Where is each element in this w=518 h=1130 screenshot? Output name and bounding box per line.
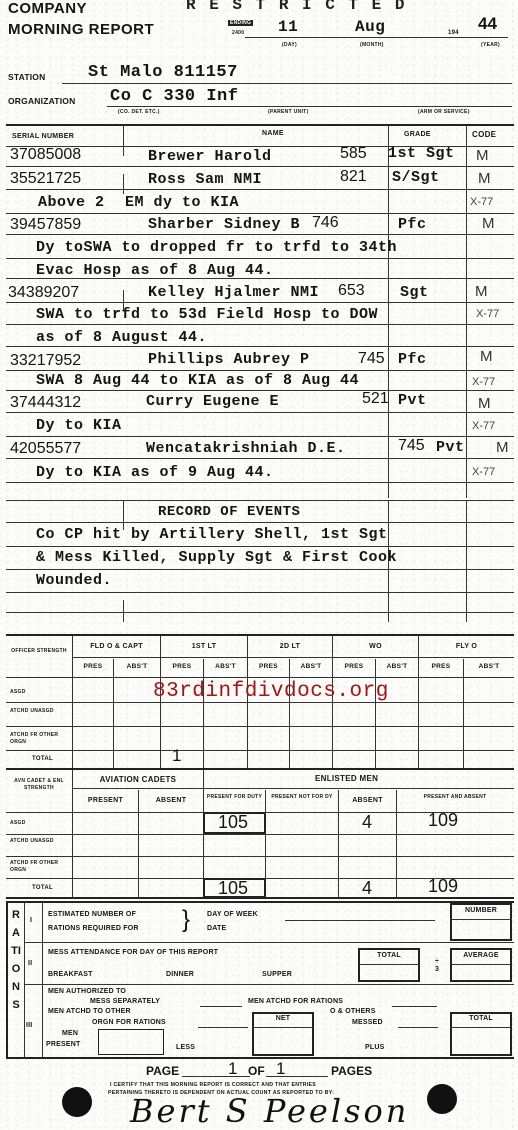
organization-value: Co C 330 Inf [110,87,238,106]
officer-row-asgd-label: ASGD [10,689,26,695]
station-value: St Malo 811157 [88,63,238,82]
report-month: Aug [355,18,385,36]
enl-col-present-not-for-duty: PRESENT NOT FOR DY [266,794,338,801]
day-caption: (DAY) [282,42,297,48]
breakfast-label: BREAKFAST [48,971,93,978]
less-label: LESS [176,1044,195,1051]
roster-row-9-name: Phillips Aubrey P [148,351,310,368]
roster-row-3-name: Sharber Sidney B [148,216,300,233]
subcol-abst: ABS'T [376,663,418,670]
roster-row-0-serial: 37085008 [10,146,81,164]
station-label: STATION [8,72,45,82]
roster-row-13-serial: 42055577 [10,440,81,458]
roster-row-6-code: M [475,283,488,300]
officer-row-atchd-unasgd-label: ATCHD UNASGD [10,708,66,715]
supper-label: SUPPER [262,971,292,978]
roster-row-11-grade: Pvt [398,392,427,409]
roster-row-6-name: Kelley Hjalmer NMI [148,284,319,301]
month-caption: (MONTH) [360,42,384,48]
roster-row-10-remark: SWA 8 Aug 44 to KIA as of 8 Aug 44 [36,372,359,389]
roster-row-6-grade: Sgt [400,284,429,301]
roster-row-0-name: Brewer Harold [148,148,272,165]
enl-row-total-label: TOTAL [32,885,53,891]
enl-row-atchd-fr-other-label: ATCHD FR OTHER ORGN [10,860,70,874]
subcol-abst: ABS'T [290,663,332,670]
roster-row-1-mos: 821 [340,168,367,186]
subcol-pres: PRES [248,663,289,670]
men-present-line1: MEN [62,1030,78,1037]
org-caption-arm: (ARM OR SERVICE) [418,109,470,115]
officer-group-fly-o: FLY O [419,643,514,650]
roster-row-1-name: Ross Sam NMI [148,171,262,188]
enl-col-absent: ABSENT [139,797,203,804]
mess-total-label: TOTAL [360,952,418,959]
col-header-grade: GRADE [404,131,431,138]
aviation-cadets-title: AVIATION CADETS [73,775,203,784]
roster-row-1-grade: S/Sgt [392,169,440,186]
roster-row-9-grade: Pfc [398,351,427,368]
officer-row-atchd-fr-other-label: ATCHD FR OTHER ORGN [10,732,70,746]
roster-row-11-name: Curry Eugene E [146,393,279,410]
enl-row-atchd-unasgd-label: ATCHD UNASGD [10,838,66,845]
enl-col-present-and-absent: PRESENT AND ABSENT [410,794,500,801]
roster-row-3-code: M [482,215,495,232]
event-line-0: Co CP hit by Artillery Shell, 1st Sgt [36,526,388,543]
classification-stamp: R E S T R I C T E D [186,0,406,14]
net-label: NET [254,1015,312,1022]
commander-signature: Bert S Peelson [130,1092,409,1130]
officer-group-2d-lt: 2D LT [248,643,332,650]
roster-row-0-grade: 1st Sgt [388,145,455,162]
o-others-line1: O & OTHERS [330,1008,376,1015]
men-atchd-for-rations-label: MEN ATCHD FOR RATIONS [248,998,343,1005]
rations-section-iii: III [26,1022,32,1029]
rations-section-ii: II [28,960,32,967]
page-total: 1 [276,1059,285,1079]
enl-col-absent-2: ABSENT [339,797,396,804]
page-label: PAGE [146,1064,179,1078]
officer-group-1st-lt: 1ST LT [161,643,247,650]
form-title-line1: COMPANY [8,0,87,17]
ending-label: ENDING [228,20,253,26]
roster-row-3-mos: 746 [312,214,339,232]
event-line-2: Wounded. [36,572,112,589]
roster-row-6-mos: 653 [338,282,365,300]
of-label: OF [248,1064,265,1078]
subcol-pres: PRES [73,663,113,670]
number-label: NUMBER [452,907,510,914]
roster-row-10-code: X-77 [472,376,495,388]
binder-hole-left-icon [62,1087,92,1117]
roster-row-13-code: M [496,439,509,456]
roster-row-14-remark: Dy to KIA as of 9 Aug 44. [36,464,274,481]
enl-asgd-present-for-duty: 105 [218,812,248,833]
enl-asgd-absent: 4 [362,812,372,833]
morning-report-page: COMPANY MORNING REPORT R E S T R I C T E… [0,0,518,1130]
page-number: 1 [228,1059,237,1079]
officer-row-total-label: TOTAL [32,756,53,762]
subcol-pres: PRES [333,663,375,670]
roster-row-9-serial: 33217952 [10,352,81,370]
men-atchd-other-line1: MEN ATCHD TO OTHER [48,1008,131,1015]
enl-total-present-for-duty: 105 [218,878,248,899]
col-header-code: CODE [472,130,496,139]
certify-line1: I CERTIFY THAT THIS MORNING REPORT IS CO… [110,1082,316,1088]
ending-time: 2400 [232,30,244,36]
roster-row-13-grade: Pvt [436,439,465,456]
enl-total-absent: 4 [362,878,372,899]
roster-row-7-remark: SWA to trfd to 53d Field Hosp to DOW [36,306,378,323]
enl-row-asgd-label: ASGD [10,820,26,826]
report-day: 11 [278,18,298,36]
roster-row-8-remark: as of 8 August 44. [36,329,207,346]
date-label: DATE [207,925,226,932]
event-line-1: & Mess Killed, Supply Sgt & First Cook [36,549,397,566]
roster-row-2-name: EM dy to KIA [125,194,239,211]
roster-row-2-code: X-77 [470,196,493,208]
roster-row-13-name: Wencatakrishniah D.E. [146,440,346,457]
roster-row-11-serial: 37444312 [10,394,81,412]
organization-label: ORGANIZATION [8,96,75,106]
roster-row-12-code: X-77 [472,420,495,432]
binder-hole-right-icon [427,1084,457,1114]
form-title-line2: MORNING REPORT [8,21,154,38]
subcol-abst: ABS'T [464,663,514,670]
report-year: 44 [478,14,497,34]
o-others-line2: MESSED [352,1019,383,1026]
roster-row-0-code: M [476,147,489,164]
year-prefix: 194 [448,30,459,36]
subcol-pres: PRES [161,663,203,670]
roster-row-9-code: M [480,348,493,365]
average-label: AVERAGE [452,952,510,959]
officer-total-1st-lt-present: 1 [172,746,181,766]
roster-row-9-mos: 745 [358,350,385,368]
officer-group-wo: WO [333,643,418,650]
men-present-box[interactable] [98,1029,164,1055]
mess-attendance-label: MESS ATTENDANCE FOR DAY OF THIS REPORT [48,949,218,956]
brace-icon: } [182,906,190,934]
roster-row-11-code: M [478,395,491,412]
men-atchd-other-line2: ORGN FOR RATIONS [92,1019,166,1026]
roster-row-4-remark: Dy toSWA to dropped fr to trfd to 34th [36,239,397,256]
officer-group-fld-o-capt: FLD O & CAPT [73,643,160,650]
roster-row-3-grade: Pfc [398,216,427,233]
subcol-abst: ABS'T [114,663,160,670]
roster-row-1-code: M [478,170,491,187]
roster-row-5-remark: Evac Hosp as of 8 Aug 44. [36,262,274,279]
enl-col-present-for-duty: PRESENT FOR DUTY [204,794,265,801]
subcol-pres: PRES [419,663,463,670]
pages-label: PAGES [331,1064,372,1078]
rations-side-label: RATIONS [10,906,22,1014]
roster-row-6-serial: 34389207 [8,284,79,302]
enl-col-present: PRESENT [73,797,138,804]
divide-by-three: ÷ 3 [432,958,442,974]
col-header-name: NAME [262,130,284,137]
col-header-serial: SERIAL NUMBER [12,133,74,140]
day-of-week-label: DAY OF WEEK [207,911,258,918]
roster-row-12-remark: Dy to KIA [36,417,122,434]
roster-row-3-serial: 39457859 [10,216,81,234]
org-caption-company: (CO. DET. ETC.) [118,109,160,115]
roster-row-14-code: X-77 [472,466,495,478]
men-authorized-line2: MESS SEPARATELY [90,998,160,1005]
roster-row-1-serial: 35521725 [10,170,81,188]
men-authorized-line1: MEN AUTHORIZED TO [48,988,126,995]
rations-total-label: TOTAL [452,1015,510,1022]
officer-strength-header: OFFICER STRENGTH [8,648,70,655]
estimated-rations-line1: ESTIMATED NUMBER OF [48,911,136,918]
subcol-abst: ABS'T [204,663,247,670]
men-present-line2: PRESENT [46,1041,80,1048]
enl-asgd-present-and-absent: 109 [428,810,458,831]
watermark: 83rdinfdivdocs.org [153,680,389,703]
estimated-rations-line2: RATIONS REQUIRED FOR [48,925,139,932]
roster-row-7-code: X-77 [476,308,499,320]
enl-total-present-and-absent: 109 [428,876,458,897]
rations-section-i: I [30,917,32,924]
roster-row-11-mos: 521 [362,390,389,408]
enlisted-men-title: ENLISTED MEN [315,774,378,783]
org-caption-parent: (PARENT UNIT) [268,109,308,115]
enlisted-strength-header: AVN CADET & ENL STRENGTH [6,778,72,792]
record-of-events-title: RECORD OF EVENTS [158,504,300,520]
year-caption: (YEAR) [481,42,500,48]
dinner-label: DINNER [166,971,194,978]
roster-row-13-mos: 745 [398,437,425,455]
plus-label: PLUS [365,1044,384,1051]
roster-row-0-mos: 585 [340,145,367,163]
roster-row-2-serial: Above 2 [38,194,105,211]
